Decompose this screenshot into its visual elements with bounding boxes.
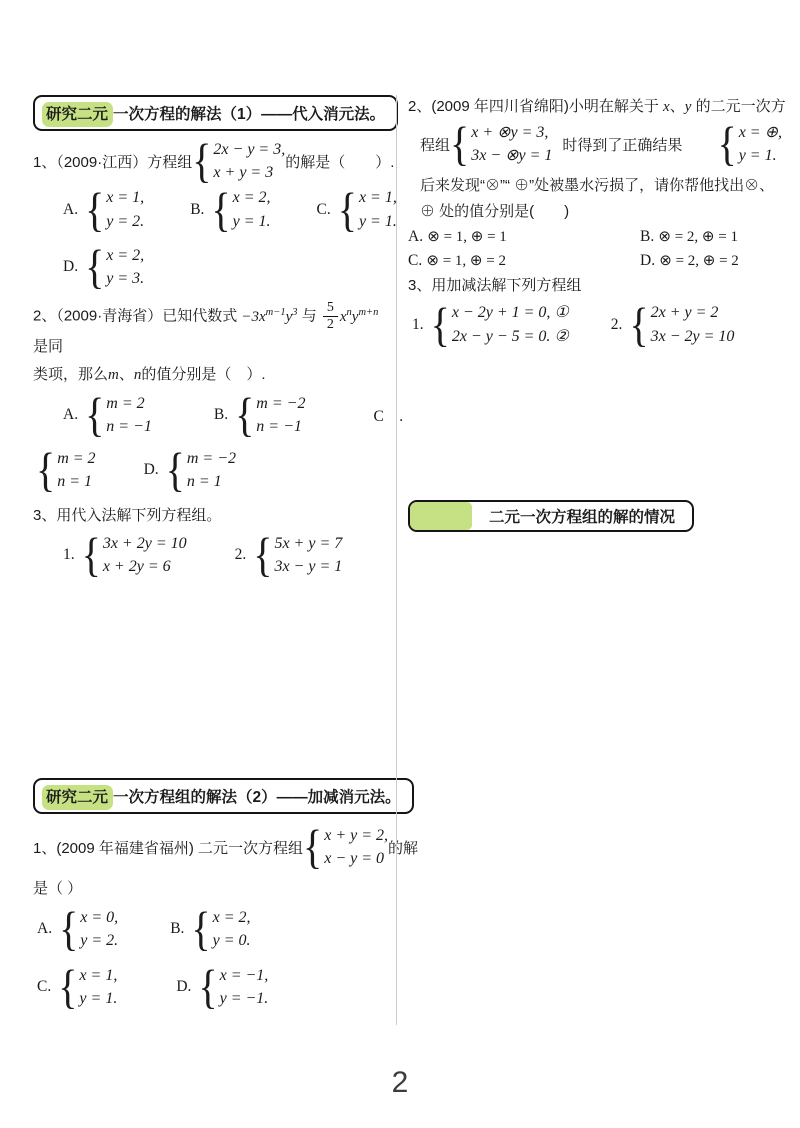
option-c: C. x = 1, y = 1. xyxy=(37,964,117,1010)
section3-header-text: 二元一次方程组的解的情况 xyxy=(472,502,692,530)
question-suffix: 的解 xyxy=(388,837,418,858)
q3-systems-row: 1. 3x + 2y = 10 x + 2y = 6 2. 5x + y = 7… xyxy=(33,532,387,578)
question-1-text: 1、（2009·江西）方程组 xyxy=(33,151,192,172)
option-a: A. x = 0, y = 2. xyxy=(37,906,118,952)
equation-system: x = −1, y = −1. xyxy=(198,964,268,1010)
question-2: 2、（2009·青海省）已知代数式 −3xm−1y3 与 52xnym+n 是同… xyxy=(33,300,387,390)
equation-line: n = −1 xyxy=(256,415,305,438)
question-2-text: 2、（2009·青海省）已知代数式 xyxy=(33,308,237,325)
sec2-options-row-cd: C. x = 1, y = 1. D. x = −1, y = −1. xyxy=(33,964,387,1010)
page-number: 2 xyxy=(0,1066,800,1100)
equation-system: 2x + y = 2 3x − 2y = 10 xyxy=(629,301,734,347)
left-column: 研究二元一次方程的解法（1）——代入消元法。 1、（2009·江西）方程组 2x… xyxy=(33,0,387,1011)
equation-system: x = ⊕, y = 1. xyxy=(717,121,782,167)
question-2-text: 是同 xyxy=(33,338,63,355)
equation-line: n = −1 xyxy=(106,415,152,438)
question-2-text: 的值分别是（ ）. xyxy=(141,366,265,383)
equation-system: m = 2 n = 1 xyxy=(36,447,96,493)
math-var: x xyxy=(663,99,670,115)
option-label: D. xyxy=(176,978,191,996)
equation-line: 3x − y = 1 xyxy=(274,555,342,578)
option-c: C. ⊗ = 1, ⊕ = 2 xyxy=(408,251,640,270)
section2-header-text: 一次方程组的解法（2）——加减消元法。 xyxy=(113,789,401,806)
r-question-3-title: 3、用加减法解下列方程组 xyxy=(408,274,786,297)
equation-line: y = 1. xyxy=(79,987,117,1010)
q2-options-row-1: A. m = 2 n = −1 B. m = −2 n = −1 C . xyxy=(33,392,387,438)
r-q3-systems-row: 1. x − 2y + 1 = 0, ① 2x − y − 5 = 0. ② 2… xyxy=(408,301,786,347)
question-text: 2、(2009 年四川省绵阳)小明在解关于 xyxy=(408,98,659,115)
option-b: B. m = −2 n = −1 xyxy=(214,392,306,438)
equation-line: m = −2 xyxy=(187,447,236,470)
option-a: A. x = 1, y = 2. xyxy=(63,186,144,232)
r-q2-options: A. ⊗ = 1, ⊕ = 1 B. ⊗ = 2, ⊕ = 1 C. ⊗ = 1… xyxy=(408,227,786,270)
equation-system: x = 2, y = 0. xyxy=(191,906,250,952)
equation-line: 3x + 2y = 10 xyxy=(103,532,187,555)
system-2: 2. 2x + y = 2 3x − 2y = 10 xyxy=(611,301,735,347)
system-number: 1. xyxy=(63,546,75,564)
r-question-2-line4: ⊕ 处的值分别是( ) xyxy=(408,200,786,223)
equation-line: 3x − ⊗y = 1 xyxy=(471,144,552,167)
option-b: B. x = 2, y = 1. xyxy=(190,186,270,232)
question-text: 1、(2009 年福建省福州) 二元一次方程组 xyxy=(33,837,303,858)
equation-line: x − y = 0 xyxy=(324,847,388,870)
equation-system: x = 2, y = 1. xyxy=(211,186,270,232)
system-number: 1. xyxy=(412,316,424,334)
equation-system: 3x + 2y = 10 x + 2y = 6 xyxy=(82,532,187,578)
equation-line: y = −1. xyxy=(220,987,269,1010)
equation-system: x = 1, y = 2. xyxy=(85,186,144,232)
equation-system: x = 1, y = 1. xyxy=(58,964,117,1010)
question-text: 、 xyxy=(670,98,685,115)
equation-line: 5x + y = 7 xyxy=(274,532,342,555)
option-b: B. x = 2, y = 0. xyxy=(170,906,250,952)
question-2-text: 与 xyxy=(302,308,317,325)
equation-system: 5x + y = 7 3x − y = 1 xyxy=(253,532,342,578)
equation-line: x = ⊕, xyxy=(739,121,782,144)
option-d: D. m = −2 n = 1 xyxy=(144,447,236,493)
question-text: 程组 xyxy=(420,134,450,155)
equation-line: x = 1, xyxy=(106,186,144,209)
section1-header: 研究二元一次方程的解法（1）——代入消元法。 xyxy=(33,95,398,131)
equation-system: x − 2y + 1 = 0, ① 2x − y − 5 = 0. ② xyxy=(431,301,569,347)
equation-line: x + ⊗y = 3, xyxy=(471,121,552,144)
equation-line: y = 2. xyxy=(80,929,118,952)
worksheet-page: 研究二元一次方程的解法（1）——代入消元法。 1、（2009·江西）方程组 2x… xyxy=(0,0,800,1128)
system-number: 2. xyxy=(235,546,247,564)
option-label: A. xyxy=(63,406,78,424)
equation-line: m = 2 xyxy=(57,447,95,470)
equation-line: y = 1. xyxy=(739,144,782,167)
question-1-suffix: 的解是（ ）. xyxy=(285,151,394,172)
sec2-options-row-ab: A. x = 0, y = 2. B. x = 2, y = 0. xyxy=(33,906,387,952)
question-3-title: 3、用代入法解下列方程组。 xyxy=(33,504,387,527)
section1-header-text: 一次方程的解法（1）——代入消元法。 xyxy=(113,106,385,123)
equation-system: m = −2 n = 1 xyxy=(166,447,236,493)
section1-header-highlight: 研究二元 xyxy=(42,102,113,127)
equation-line: y = 2. xyxy=(106,210,144,233)
q1-options-row-abc: A. x = 1, y = 2. B. x = 2, y = 1. C. x =… xyxy=(33,186,387,232)
equation-system: m = 2 n = −1 xyxy=(85,392,152,438)
math-term: xnym+n xyxy=(340,309,379,325)
equation-line: 2x − y = 3, xyxy=(213,138,285,161)
q1-options-row-d: D. x = 2, y = 3. xyxy=(33,244,387,290)
option-d: D. x = −1, y = −1. xyxy=(176,964,268,1010)
math-var: y xyxy=(685,99,692,115)
question-1: 1、（2009·江西）方程组 2x − y = 3, x + y = 3 的解是… xyxy=(33,138,387,184)
equation-system: x = 0, y = 2. xyxy=(59,906,118,952)
math-var: m xyxy=(108,367,119,383)
option-label: D. xyxy=(63,258,78,276)
equation-line: x = −1, xyxy=(220,964,269,987)
r-question-2-line1: 2、(2009 年四川省绵阳)小明在解关于 x、y 的二元一次方 xyxy=(408,95,786,119)
option-label: B. xyxy=(214,406,228,424)
equation-line: x + 2y = 6 xyxy=(103,555,187,578)
equation-line: x = 0, xyxy=(80,906,118,929)
equation-line: x = 2, xyxy=(233,186,271,209)
equation-line: y = 1. xyxy=(233,210,271,233)
option-b: B. ⊗ = 2, ⊕ = 1 xyxy=(640,227,786,246)
option-label: D. xyxy=(144,461,159,479)
system-number: 2. xyxy=(611,316,623,334)
equation-line: m = −2 xyxy=(256,392,305,415)
equation-line: 2x − y − 5 = 0. ② xyxy=(452,325,569,348)
section3-header-block xyxy=(410,502,472,530)
option-a: A. m = 2 n = −1 xyxy=(63,392,152,438)
q2-options-row-2: m = 2 n = 1 D. m = −2 n = 1 xyxy=(33,447,387,493)
right-column: 2、(2009 年四川省绵阳)小明在解关于 x、y 的二元一次方 程组 x + … xyxy=(408,0,786,532)
question-2-text: 、 xyxy=(119,366,134,383)
r-question-2-line2: 程组 x + ⊗y = 3, 3x − ⊗y = 1 时得到了正确结果 x = … xyxy=(408,121,786,167)
equation-line: 2x + y = 2 xyxy=(651,301,735,324)
r-question-2-line3: 后来发现“⊗”“ ⊕”处被墨水污损了，请你帮他找出⊗、 xyxy=(408,174,786,197)
question-text: 的二元一次方 xyxy=(696,98,786,115)
section3-header: 二元一次方程组的解的情况 xyxy=(408,500,694,532)
section2-question-1: 1、(2009 年福建省福州) 二元一次方程组 x + y = 2, x − y… xyxy=(33,824,387,870)
equation-line: x + y = 3 xyxy=(213,161,285,184)
equation-system: m = −2 n = −1 xyxy=(235,392,305,438)
equation-line: 3x − 2y = 10 xyxy=(651,325,735,348)
question-text: 时得到了正确结果 xyxy=(562,134,682,155)
equation-line: n = 1 xyxy=(57,470,95,493)
question-2-text: 类项，那么 xyxy=(33,366,108,383)
equation-line: y = 1. xyxy=(359,210,397,233)
fraction: 52 xyxy=(323,300,338,333)
equation-line: y = 3. xyxy=(106,267,144,290)
option-c: C. x = 1, y = 1. xyxy=(317,186,397,232)
section2-header-highlight: 研究二元 xyxy=(42,785,113,810)
option-label: A. xyxy=(63,201,78,219)
option-label: B. xyxy=(170,920,184,938)
section2-header: 研究二元一次方程组的解法（2）——加减消元法。 xyxy=(33,778,414,814)
option-label: B. xyxy=(190,201,204,219)
equation-line: m = 2 xyxy=(106,392,152,415)
math-term: −3xm−1y3 xyxy=(241,309,297,325)
equation-line: x = 2, xyxy=(106,244,144,267)
equation-system: x + ⊗y = 3, 3x − ⊗y = 1 xyxy=(450,121,552,167)
question-line-2: 是（ ） xyxy=(33,877,387,900)
equation-line: x − 2y + 1 = 0, ① xyxy=(452,301,569,324)
equation-system: x = 2, y = 3. xyxy=(85,244,144,290)
option-c-label: C . xyxy=(373,404,403,426)
equation-system: x = 1, y = 1. xyxy=(338,186,397,232)
option-label: A. xyxy=(37,920,52,938)
equation-line: x = 1, xyxy=(359,186,397,209)
equation-line: x = 1, xyxy=(79,964,117,987)
option-d: D. ⊗ = 2, ⊕ = 2 xyxy=(640,251,786,270)
system-1: 1. 3x + 2y = 10 x + 2y = 6 xyxy=(63,532,187,578)
system-2: 2. 5x + y = 7 3x − y = 1 xyxy=(235,532,343,578)
equation-line: y = 0. xyxy=(213,929,251,952)
option-d: D. x = 2, y = 3. xyxy=(63,244,144,290)
column-divider xyxy=(396,95,397,1025)
equation-line: x + y = 2, xyxy=(324,824,388,847)
equation-system: 2x − y = 3, x + y = 3 xyxy=(192,138,285,184)
equation-line: n = 1 xyxy=(187,470,236,493)
system-1: 1. x − 2y + 1 = 0, ① 2x − y − 5 = 0. ② xyxy=(412,301,569,347)
option-label: C. xyxy=(317,201,331,219)
option-a: A. ⊗ = 1, ⊕ = 1 xyxy=(408,227,640,246)
equation-line: x = 2, xyxy=(213,906,251,929)
option-label: C. xyxy=(37,978,51,996)
equation-system: x + y = 2, x − y = 0 xyxy=(303,824,388,870)
